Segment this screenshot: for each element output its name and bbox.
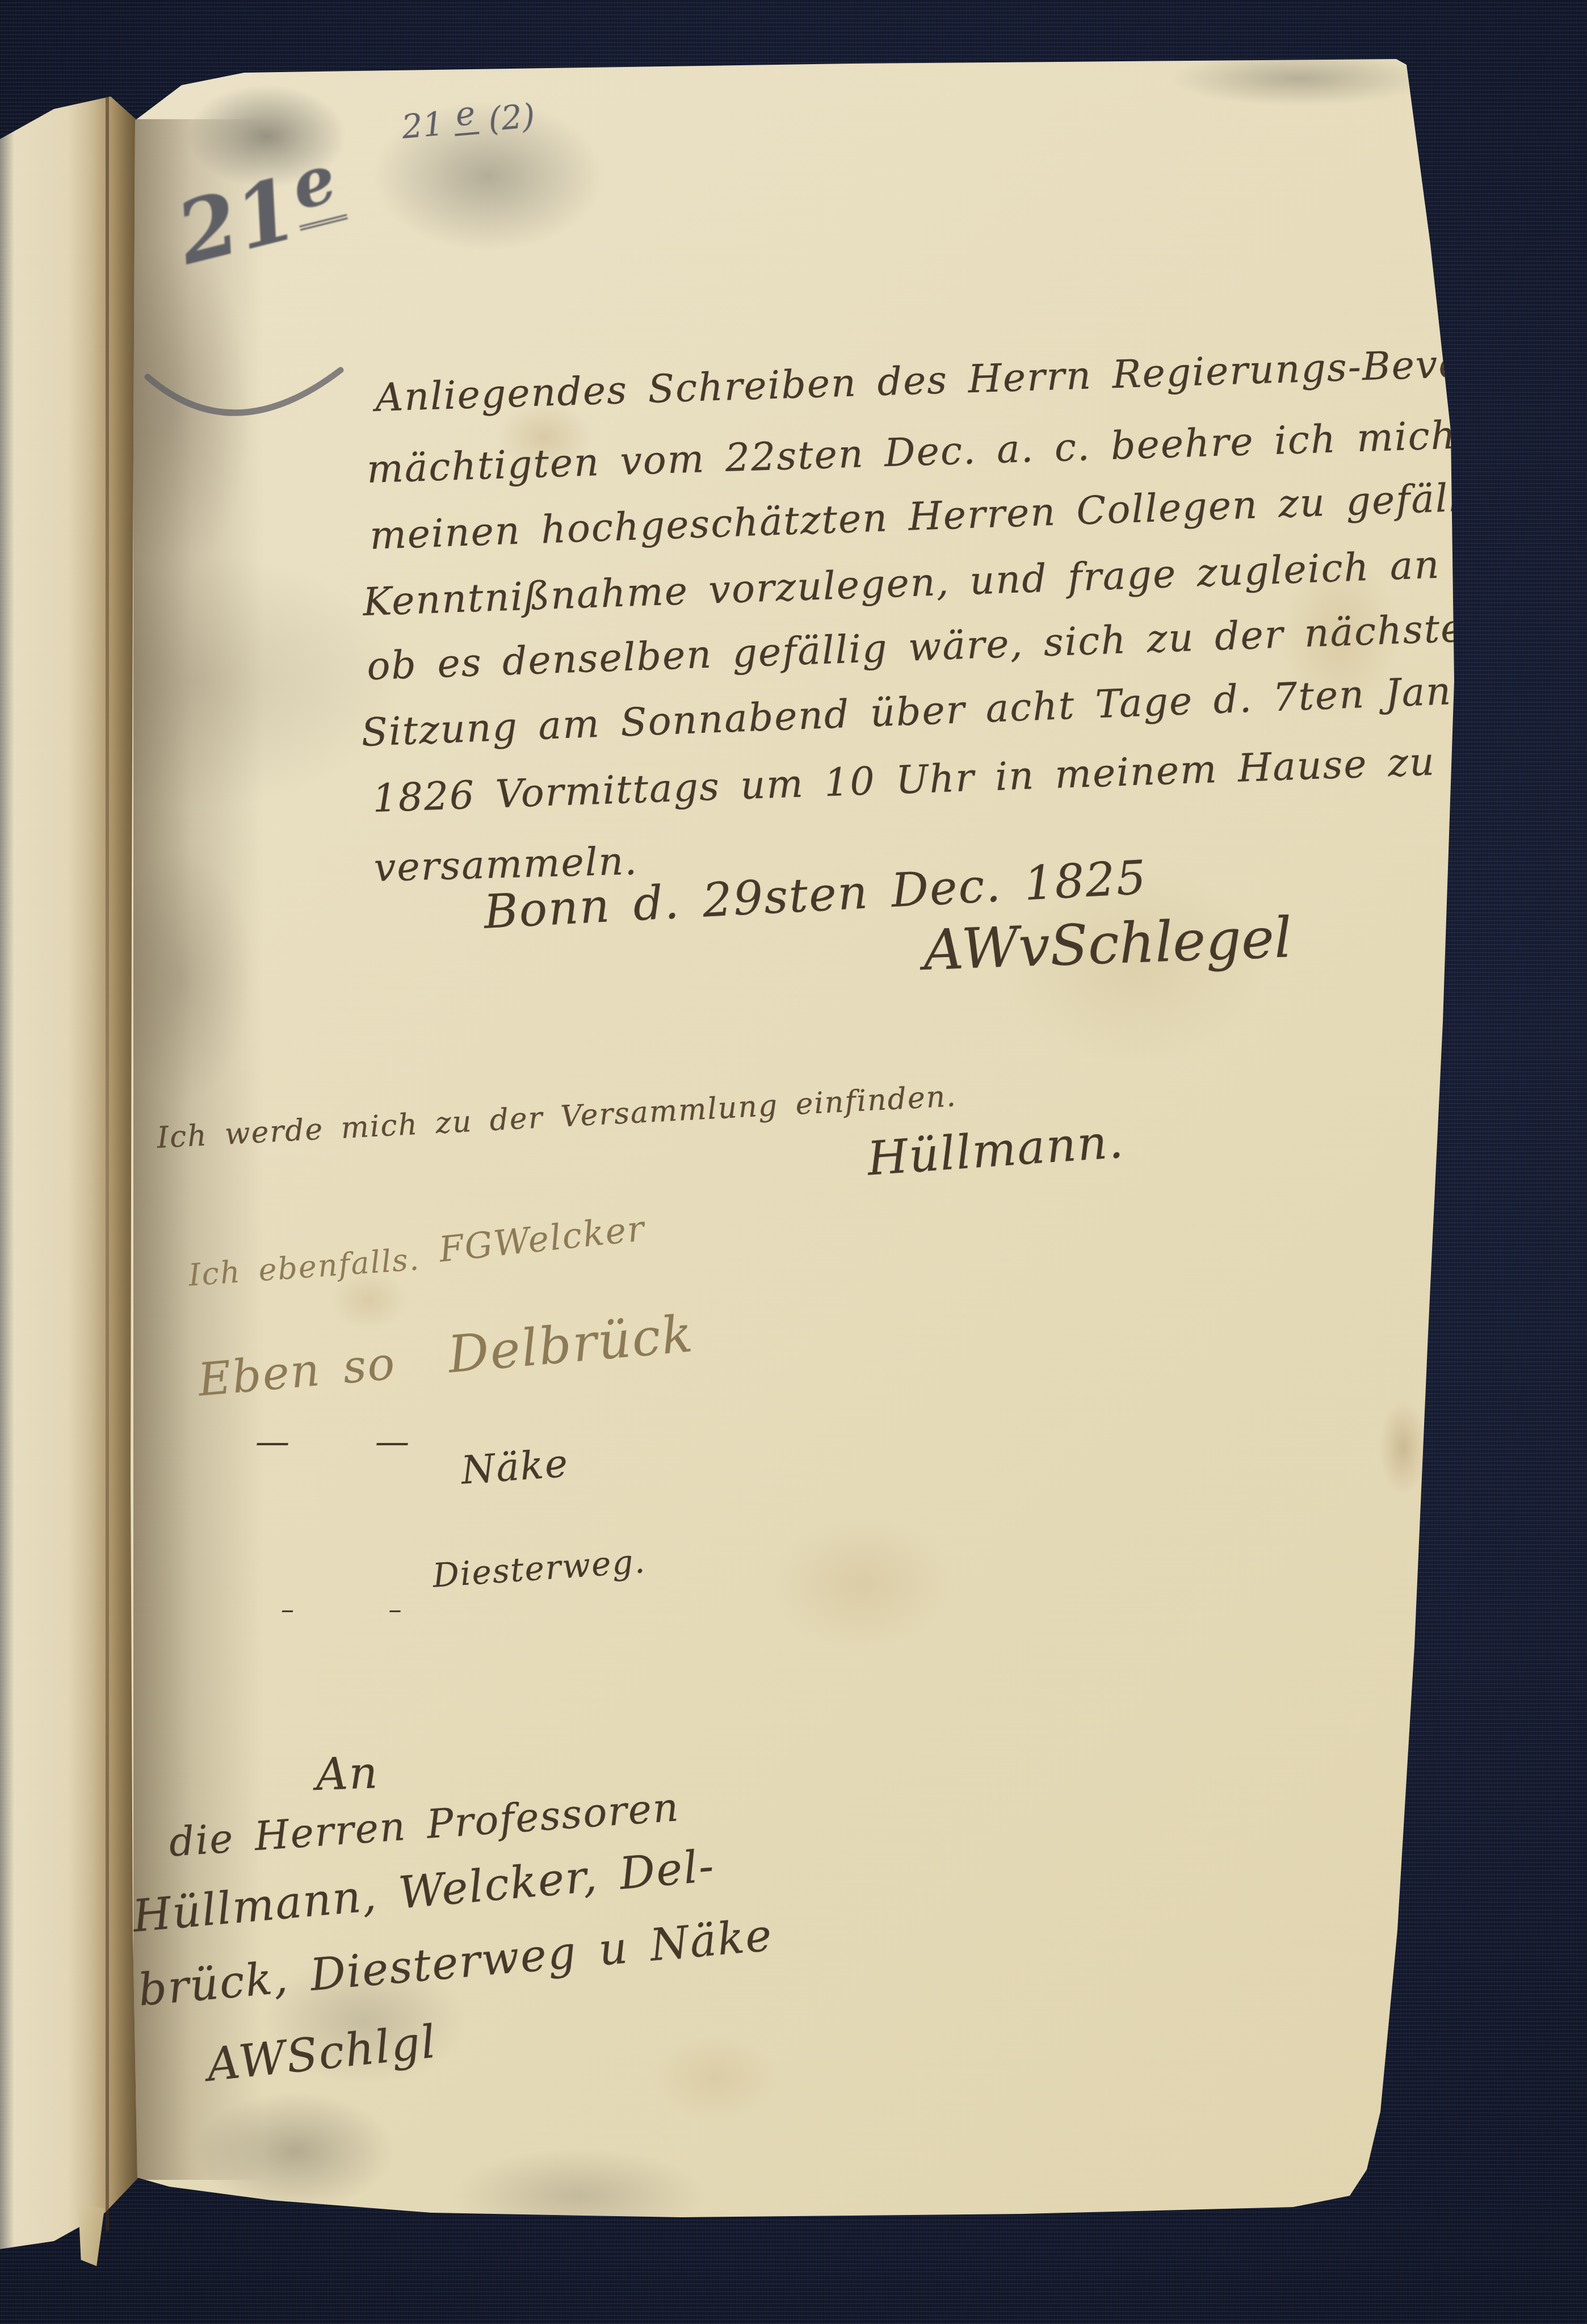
ditto-marks: — — (255, 1422, 443, 1462)
manuscript-page: 21 e (2) 21e Anliegendes Schreiben des H… (0, 0, 1587, 2324)
schlegel-signature: AWvSchlegel (922, 905, 1293, 983)
address-line: An (315, 1747, 380, 1801)
naeke-signature: Näke (460, 1441, 570, 1494)
letter-line: Anliegendes Schreiben des Herrn Regierun… (375, 341, 1505, 421)
huellmann-response: Ich werde mich zu der Versammlung einfin… (156, 1079, 958, 1155)
gutter-crease (106, 97, 109, 2231)
welcker-signature: FGWelcker (437, 1207, 647, 1270)
folio-suffix: (2) (486, 97, 536, 139)
letter-line: mächtigten vom 22sten Dec. a. c. beehre … (366, 413, 1471, 492)
ink-folio-number: 21 e (2) (400, 97, 536, 146)
facing-page-edge (0, 0, 139, 2324)
scanned-manuscript: 21 e (2) 21e Anliegendes Schreiben des H… (0, 0, 1587, 2324)
pencil-underline-swoosh (143, 356, 347, 453)
diesterweg-signature: Diesterweg. (431, 1542, 647, 1595)
delbrueck-signature: Delbrück (446, 1304, 696, 1385)
huellmann-signature: Hüllmann. (866, 1114, 1126, 1186)
folio-letter: e (452, 93, 479, 136)
ditto-marks: – – (281, 1594, 442, 1625)
folio-num: 21 (400, 104, 445, 146)
letter-line: 1826 Vormittags um 10 Uhr in meinem Haus… (372, 740, 1436, 821)
